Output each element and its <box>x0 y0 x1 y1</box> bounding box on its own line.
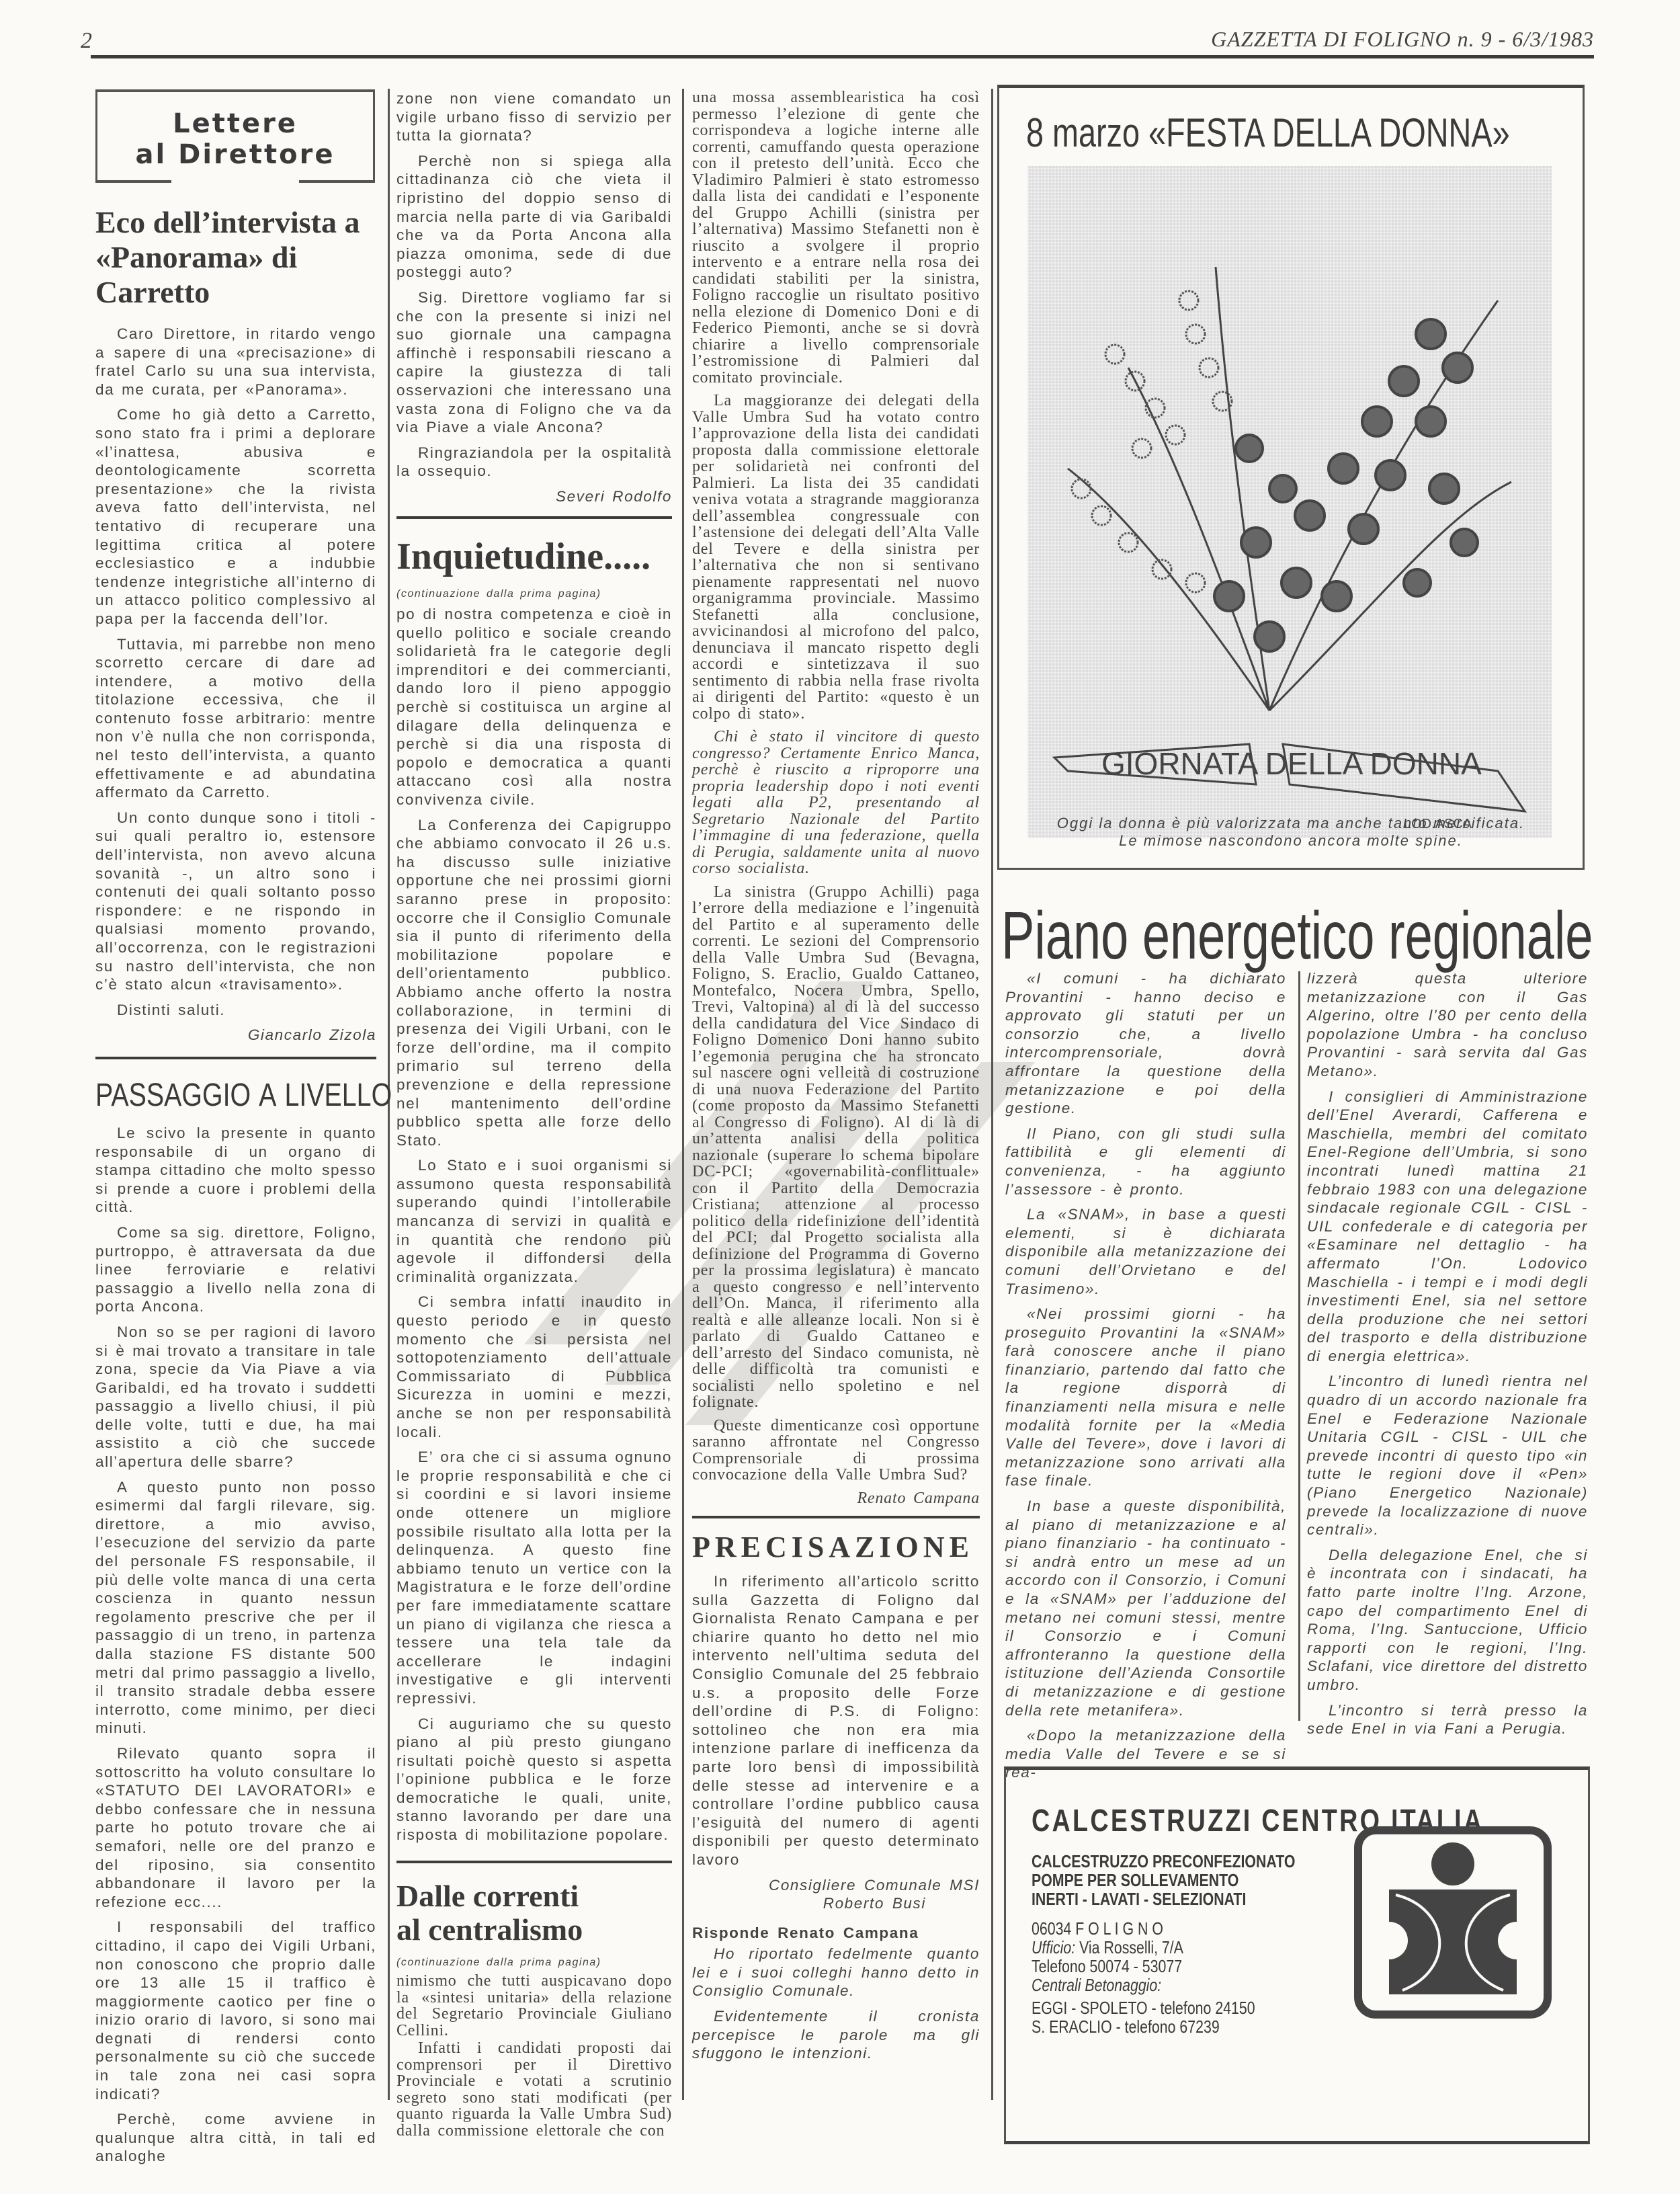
article-paragraph: Non so se per ragioni di lavoro si è mai… <box>95 1323 376 1471</box>
article-paragraph: L’incontro di lunedì rientra nel quadro … <box>1307 1372 1588 1539</box>
column-3: una mossa assemblearistica ha così perme… <box>692 89 980 2070</box>
article-paragraph: «Nei prossimi giorni - ha proseguito Pro… <box>1005 1305 1286 1490</box>
article-paragraph: «I comuni - ha dichiarato Provantini - h… <box>1005 969 1286 1118</box>
article-paragraph: In base a queste disponibilità, al piano… <box>1005 1497 1286 1719</box>
article-signature: Giancarlo Zizola <box>95 1026 376 1045</box>
continuation-note: (continuazione dalla prima pagina) <box>396 585 672 604</box>
article-paragraph: In riferimento all’articolo scritto sull… <box>692 1572 980 1869</box>
article-paragraph: A questo punto non posso esimermi dal fa… <box>95 1478 376 1738</box>
continuation-note: (continuazione dalla prima pagina) <box>396 1953 672 1972</box>
section-header-box: Lettere al Direttore <box>95 89 375 183</box>
article-paragraph: La maggioranze dei delegati della Valle … <box>692 393 980 722</box>
section-rule <box>396 516 672 519</box>
article-headline: PASSAGGIO A LIVELLO <box>95 1077 326 1114</box>
feature-title: 8 marzo «FESTA DELLA DONNA» <box>1026 110 1510 156</box>
article-paragraph: po di nostra competenza e cioè in quello… <box>396 605 672 809</box>
column-divider <box>991 89 993 2100</box>
feature-box: 8 marzo «FESTA DELLA DONNA» <box>997 85 1585 870</box>
article-paragraph: Ci sembra infatti inaudito in questo per… <box>396 1293 672 1441</box>
newspaper-page: 2 GAZZETTA DI FOLIGNO n. 9 - 6/3/1983 Le… <box>0 0 1680 2194</box>
section-title: Lettere al Direttore <box>97 108 373 170</box>
article-paragraph: Rilevato quanto sopra il sottoscritto ha… <box>95 1744 376 1911</box>
calcestruzzi-logo-icon <box>1354 1826 1552 2019</box>
article-paragraph: Perchè non si spiega alla cittadinanza c… <box>396 152 672 282</box>
article-headline: Inquietudine..... <box>396 536 672 577</box>
section-rule <box>95 1057 376 1059</box>
article-paragraph: Evidentemente il cronista percepisce le … <box>692 2007 980 2063</box>
article-paragraph: Ringraziandola per la ospitalità la osse… <box>396 444 672 481</box>
image-caption: Oggi la donna è più valorizzata ma anche… <box>1013 815 1569 850</box>
article-headline: Piano energetico regionale <box>1001 897 1593 975</box>
article-headline: PRECISAZIONE <box>692 1531 980 1564</box>
article-paragraph: una mossa assemblearistica ha così perme… <box>692 89 980 386</box>
column-1: Eco dell’intervista a «Panorama» di Carr… <box>95 205 376 2172</box>
article-paragraph: Queste dimenticanze così opportune saran… <box>692 1418 980 1484</box>
article-headline: Dalle correnti al centralismo <box>396 1879 672 1947</box>
advertisement: CALCESTRUZZI CENTRO ITALIA CALCESTRUZZO … <box>1004 1766 1590 2144</box>
svg-text:GIORNATA DELLA DONNA: GIORNATA DELLA DONNA <box>1101 746 1482 781</box>
article-paragraph: lizzerà questa ulteriore metanizzazione … <box>1307 969 1588 1081</box>
article-paragraph: Chi è stato il vincitore di questo congr… <box>692 729 980 877</box>
piano-column-2: lizzerà questa ulteriore metanizzazione … <box>1307 969 1588 1745</box>
article-paragraph: Distinti saluti. <box>95 1001 376 1020</box>
mimosa-bouquet-icon: GIORNATA DELLA DONNA LOD.ASCA <box>1027 166 1552 838</box>
article-paragraph: Il Piano, con gli studi sulla fattibilit… <box>1005 1125 1286 1198</box>
article-paragraph: La Conferenza dei Capigruppo che abbiamo… <box>396 816 672 1150</box>
article-paragraph: I consiglieri di Amministrazione dell’En… <box>1307 1088 1588 1366</box>
header-rule <box>91 55 1594 58</box>
mimosa-illustration: GIORNATA DELLA DONNA LOD.ASCA <box>1027 166 1552 838</box>
article-paragraph: Ci auguriamo che su questo piano al più … <box>396 1715 672 1844</box>
article-paragraph: E’ ora che ci si assuma ognuno le propri… <box>396 1448 672 1707</box>
article-paragraph: nimismo che tutti auspicavano dopo la «s… <box>396 1973 672 2039</box>
article-paragraph: Perchè, come avviene in qualunque altra … <box>95 2110 376 2166</box>
column-divider <box>1298 971 1300 1721</box>
article-paragraph: Caro Direttore, in ritardo vengo a saper… <box>95 325 376 399</box>
article-paragraph: Lo Stato e i suoi organismi si assumono … <box>396 1156 672 1286</box>
page-number: 2 <box>81 28 92 54</box>
article-paragraph: Ho riportato fedelmente quanto lei e i s… <box>692 1945 980 2000</box>
article-signature: Consigliere Comunale MSI Roberto Busi <box>692 1876 980 1913</box>
article-paragraph: zone non viene comandato un vigile urban… <box>396 89 672 145</box>
article-paragraph: L’incontro si terrà presso la sede Enel … <box>1307 1701 1588 1738</box>
column-2: zone non viene comandato un vigile urban… <box>396 89 672 2146</box>
article-paragraph: Le scivo la presente in quanto responsab… <box>95 1124 376 1217</box>
article-signature: Severi Rodolfo <box>396 487 672 506</box>
article-paragraph: I responsabili del traffico cittadino, i… <box>95 1918 376 2103</box>
article-paragraph: Tuttavia, mi parrebbe non meno scorretto… <box>95 635 376 802</box>
ad-address: 06034 F O L I G N O Ufficio: Via Rossell… <box>1032 1919 1183 1976</box>
section-rule <box>692 1516 980 1518</box>
article-headline: Eco dell’intervista a «Panorama» di Carr… <box>95 205 376 310</box>
article-paragraph: La «SNAM», in base a questi elementi, si… <box>1005 1205 1286 1298</box>
article-paragraph: Come sa sig. direttore, Foligno, purtrop… <box>95 1223 376 1316</box>
article-paragraph: Sig. Direttore vogliamo far si che con l… <box>396 288 672 437</box>
article-paragraph: Come ho già detto a Carretto, sono stato… <box>95 405 376 628</box>
article-paragraph: Infatti i candidati proposti dai compren… <box>396 2040 672 2139</box>
article-paragraph: La sinistra (Gruppo Achilli) paga l’erro… <box>692 884 980 1411</box>
ad-services: CALCESTRUZZO PRECONFEZIONATO POMPE PER S… <box>1032 1852 1295 1908</box>
masthead: GAZZETTA DI FOLIGNO n. 9 - 6/3/1983 <box>1211 27 1594 52</box>
reply-heading: Risponde Renato Campana <box>692 1924 980 1943</box>
ad-plants: Centrali Betonaggio: EGGI - SPOLETO - te… <box>1032 1976 1255 2036</box>
article-paragraph: Un conto dunque sono i titoli - sui qual… <box>95 809 376 994</box>
section-rule <box>396 1861 672 1863</box>
article-paragraph: Della delegazione Enel, che si è incontr… <box>1307 1546 1588 1695</box>
piano-column-1: «I comuni - ha dichiarato Provantini - h… <box>1005 969 1286 1789</box>
column-divider <box>682 89 684 2100</box>
article-signature: Renato Campana <box>692 1490 980 1507</box>
